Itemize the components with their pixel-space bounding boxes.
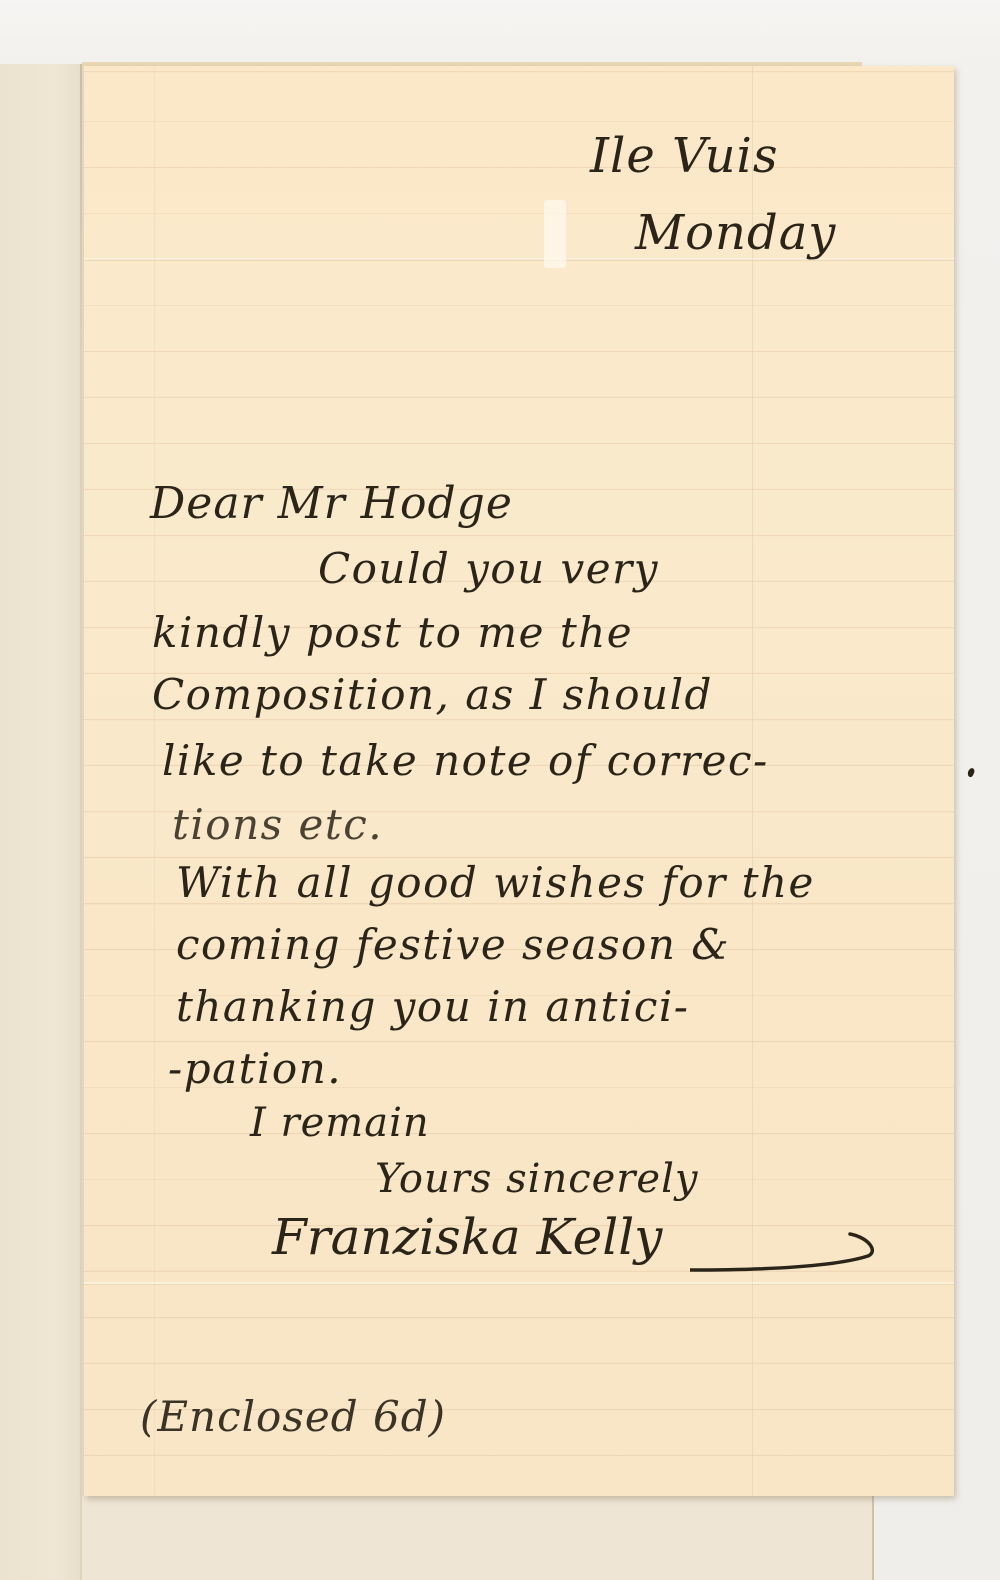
body-line: like to take note of correc- (162, 736, 769, 785)
closing-remain: I remain (250, 1100, 430, 1146)
body-line: Composition, as I should (152, 670, 713, 719)
body-line: Could you very (318, 544, 659, 593)
paper-blemish (544, 200, 566, 268)
body-line: With all good wishes for the (176, 858, 815, 907)
salutation: Dear Mr Hodge (150, 478, 513, 529)
body-line: tions etc. (172, 800, 383, 849)
body-line: -pation. (168, 1044, 342, 1093)
postscript: (Enclosed 6d) (140, 1392, 446, 1441)
body-line: kindly post to me the (152, 608, 633, 657)
signature: Franziska Kelly (272, 1208, 662, 1266)
underlying-left-page (0, 64, 91, 1580)
underlying-bottom-sheet (82, 1496, 874, 1580)
closing-sincerely: Yours sincerely (375, 1156, 698, 1202)
signature-flourish-icon (690, 1230, 880, 1290)
body-line: thanking you in antici- (176, 982, 689, 1031)
letter-day: Monday (635, 205, 836, 261)
body-line: coming festive season & (176, 920, 730, 969)
letter-location: Ile Vuis (590, 128, 778, 184)
